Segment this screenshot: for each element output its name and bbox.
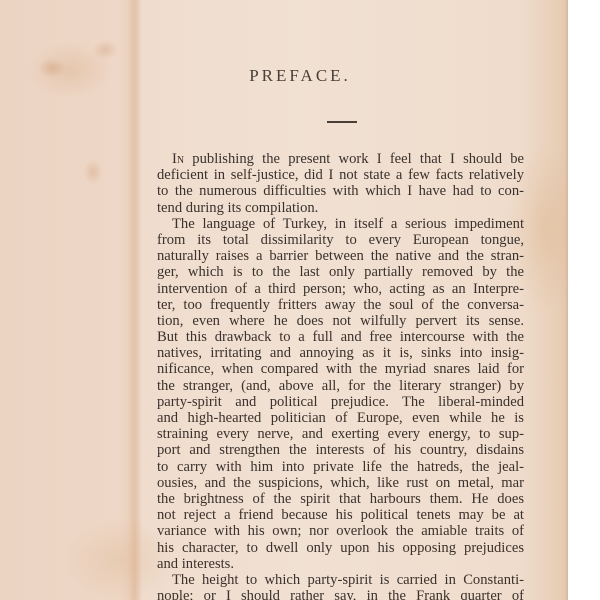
text-line: to carry with him into private life the … <box>157 459 524 475</box>
text-line: deficient in self-justice, did I not sta… <box>157 167 524 183</box>
drop-lead-word: In <box>172 151 184 167</box>
text-line: ger, which is to the last only partially… <box>157 264 524 280</box>
text-line: nople; or I should rather say, in the Fr… <box>157 588 524 600</box>
page-fold <box>128 0 142 600</box>
text-line: port and strengthen the interests of his… <box>157 442 524 458</box>
text-line: his character, to dwell only upon his op… <box>157 540 524 556</box>
text-line: The language of Turkey, in itself a seri… <box>157 216 524 232</box>
text-line: ousies, and the suspicions, which, like … <box>157 475 524 491</box>
text-line: party-spirit and political prejudice. Th… <box>157 394 524 410</box>
text-line: tend during its compilation. <box>157 200 524 216</box>
text-line: natives, irritating and annoying as it i… <box>157 345 524 361</box>
text-line: In publishing the present work I feel th… <box>157 151 524 167</box>
page-title: PREFACE. <box>0 66 600 86</box>
text-line: variance with his own; nor overlook the … <box>157 523 524 539</box>
text-line: the stranger, (and, above all, for the l… <box>157 378 524 394</box>
page-edge <box>566 0 568 600</box>
text-line: The height to which party-spirit is carr… <box>157 572 524 588</box>
text-line: the brightness of the spirit that harbou… <box>157 491 524 507</box>
text-line: and high-hearted politician of Europe, e… <box>157 410 524 426</box>
book-page: PREFACE. In publishing the present work … <box>0 0 567 600</box>
text-line: to the numerous difficulties with which … <box>157 183 524 199</box>
text-line: tion, even where he does not wilfully pe… <box>157 313 524 329</box>
text-line: straining every nerve, and exerting ever… <box>157 426 524 442</box>
text-line: intervention of a third person; who, act… <box>157 281 524 297</box>
text-line: naturally raises a barrier between the n… <box>157 248 524 264</box>
text-line: not reject a friend because his politica… <box>157 507 524 523</box>
title-rule-divider <box>327 121 357 123</box>
text-line: from its total dissimilarity to every Eu… <box>157 232 524 248</box>
preface-body: In publishing the present work I feel th… <box>157 151 524 600</box>
text-line: But this drawback to a full and free int… <box>157 329 524 345</box>
text-line: and interests. <box>157 556 524 572</box>
text-line: nificance, when compared with the myriad… <box>157 361 524 377</box>
text-line: ter, too frequently fritters away the so… <box>157 297 524 313</box>
